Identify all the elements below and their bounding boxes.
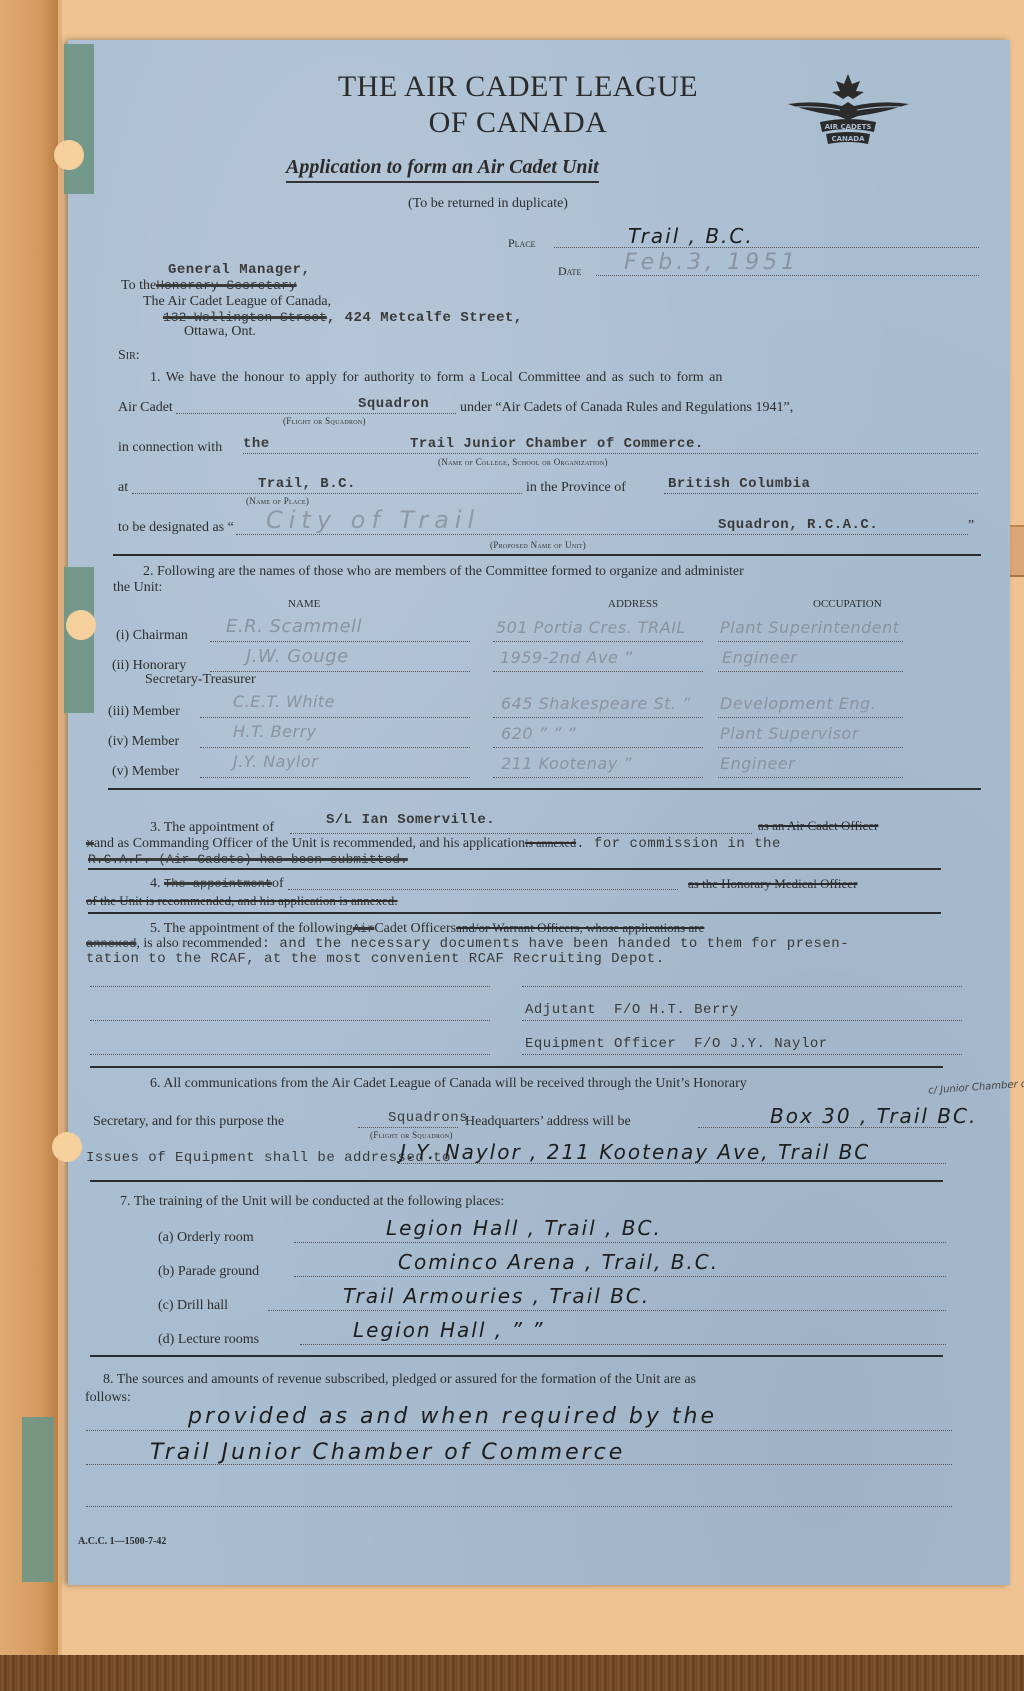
medical-officer-line	[288, 889, 678, 890]
province-label: in the Province of	[526, 480, 626, 496]
section-divider-2	[108, 788, 981, 790]
section8-intro-line1: 8. The sources and amounts of revenue su…	[103, 1372, 696, 1388]
application-form-page: THE AIR CADET LEAGUE OF CANADA Applicati…	[68, 40, 1010, 1585]
connection-label: in connection with	[118, 440, 222, 456]
addressee-typed-title: General Manager,	[168, 262, 310, 278]
section3-typed-continuation: . for commission in the	[576, 836, 781, 852]
section-divider-7	[90, 1355, 943, 1357]
member-name-line	[210, 641, 470, 642]
revenue-line-3	[86, 1506, 952, 1507]
training-place-value[interactable]: Cominco Arena , Trail, B.C.	[398, 1250, 719, 1274]
punch-hole-bottom	[52, 1132, 82, 1162]
section-divider-6	[90, 1180, 943, 1182]
section5-lead: 5. The appointment of the following	[150, 921, 353, 936]
section4-struck-line2: of the Unit is recommended, and his appl…	[86, 893, 398, 909]
tape-strip-top	[64, 44, 94, 194]
section-divider-3	[88, 868, 941, 870]
section4-of: of	[272, 876, 284, 891]
member-address-line	[493, 641, 703, 642]
member-address-line	[493, 671, 703, 672]
proposed-name-value[interactable]: City of Trail	[266, 506, 480, 534]
struck-the-appointment: The appointment	[164, 877, 272, 891]
section1-intro: 1. We have the honour to apply for autho…	[150, 370, 722, 386]
section3-struck-line3: R.C.A.F. (Air Cadets) has been submitted…	[88, 852, 408, 867]
section6-line1: 6. All communications from the Air Cadet…	[150, 1076, 747, 1092]
section6-annotation: c/ Junior Chamber of Commerce	[928, 1074, 1024, 1096]
place-line	[554, 247, 979, 248]
appointee-value[interactable]: S/L Ian Somerville.	[326, 812, 495, 828]
revenue-line-1	[86, 1430, 952, 1431]
member-name-line	[210, 671, 470, 672]
organization-value[interactable]: Trail Junior Chamber of Commerce.	[410, 436, 704, 452]
member-name-line	[200, 747, 470, 748]
title-line-1: THE AIR CADET LEAGUE	[268, 70, 768, 104]
officer-line-left-1	[90, 986, 490, 987]
revenue-answer-line1[interactable]: provided as and when required by the	[188, 1404, 717, 1429]
member-address-line	[493, 717, 703, 718]
section-divider-5	[90, 1066, 943, 1068]
section-divider-1	[113, 554, 981, 556]
struck-old-street: 132 Wellington Street	[163, 310, 327, 325]
member-role-line2: Secretary-Treasurer	[145, 672, 256, 688]
regulations-text: under “Air Cadets of Canada Rules and Re…	[460, 400, 793, 416]
at-label: at	[118, 480, 128, 496]
place-name-value[interactable]: Trail, B.C.	[258, 476, 356, 492]
member-address[interactable]: 1959-2nd Ave ”	[500, 648, 633, 667]
addressee-line: To theHonorary Secretary	[121, 278, 297, 294]
addressee-city: Ottawa, Ont.	[184, 324, 256, 340]
proposed-name-suffix: Squadron, R.C.A.C.	[718, 517, 878, 533]
wooden-table	[0, 1655, 1024, 1691]
member-address-line	[493, 777, 703, 778]
proposed-name-line	[236, 534, 968, 535]
training-place-value[interactable]: Legion Hall , ” ”	[353, 1318, 545, 1342]
officer-line-left-2	[90, 1020, 490, 1021]
punch-hole-middle	[66, 610, 96, 640]
section3-lead: 3. The appointment of	[150, 820, 274, 836]
appointee-line	[290, 833, 752, 834]
section7-intro: 7. The training of the Unit will be cond…	[120, 1194, 504, 1210]
officer-entry: Equipment Officer F/O J.Y. Naylor	[525, 1036, 828, 1052]
date-value[interactable]: Feb.3, 1951	[624, 250, 799, 275]
section5-typed-line2: tation to the RCAF, at the most convenie…	[86, 951, 665, 967]
officer-line-left-3	[90, 1054, 490, 1055]
form-subtitle: Application to form an Air Cadet Unit	[286, 156, 599, 183]
section6-unit-caption: (Flight or Squadron)	[370, 1130, 453, 1140]
training-place-line	[294, 1242, 946, 1243]
svg-text:AIR CADETS: AIR CADETS	[825, 123, 872, 131]
air-cadet-label: Air Cadet	[118, 400, 173, 416]
member-address[interactable]: 211 Kootenay ”	[501, 754, 632, 773]
proposed-name-caption: (Proposed Name of Unit)	[490, 540, 586, 550]
organization-line	[243, 453, 978, 454]
headquarters-address[interactable]: Box 30 , Trail BC.	[770, 1104, 977, 1128]
officer-entry: Adjutant F/O H.T. Berry	[525, 1002, 739, 1018]
training-place-value[interactable]: Trail Armouries , Trail BC.	[343, 1284, 650, 1308]
officer-title: Adjutant	[525, 1002, 596, 1018]
member-occupation-line	[718, 717, 903, 718]
place-name-caption: (Name of Place)	[246, 496, 309, 506]
unit-type-value[interactable]: Squadron	[358, 396, 429, 412]
section6-unit-type[interactable]: Squadrons	[388, 1110, 468, 1126]
section6-unit-line	[358, 1127, 458, 1128]
training-place-line	[294, 1276, 946, 1277]
officer-name[interactable]: F/O H.T. Berry	[614, 1002, 739, 1018]
date-label: Date	[558, 264, 581, 279]
member-occupation[interactable]: Engineer	[720, 754, 795, 773]
typed-new-street: , 424 Metcalfe Street,	[327, 310, 523, 326]
officer-line-right-3	[522, 1054, 962, 1055]
equipment-typed-text: Issues of Equipment shall be addressed t…	[86, 1150, 451, 1166]
member-name-line	[200, 777, 470, 778]
section-divider-4	[88, 912, 941, 914]
struck-is-annexed: is annexed	[525, 836, 576, 850]
place-value[interactable]: Trail , B.C.	[628, 224, 754, 248]
member-name[interactable]: C.E.T. White	[233, 692, 335, 711]
section3-line2: and as Commanding Officer of the Unit is…	[94, 836, 525, 851]
column-header-address: ADDRESS	[608, 598, 658, 610]
folder-edge	[0, 0, 58, 1660]
section5-typed-line1: : and the necessary documents have been …	[262, 936, 850, 952]
training-place-label: (c) Drill hall	[158, 1298, 228, 1314]
training-place-value[interactable]: Legion Hall , Trail , BC.	[386, 1216, 662, 1240]
member-occupation[interactable]: Engineer	[722, 648, 797, 667]
duplicate-note: (To be returned in duplicate)	[408, 196, 568, 212]
column-header-occupation: OCCUPATION	[813, 598, 882, 610]
member-occupation-line	[718, 641, 903, 642]
date-line	[596, 275, 979, 276]
training-place-label: (a) Orderly room	[158, 1230, 254, 1246]
member-occupation[interactable]: Plant Supervisor	[720, 724, 859, 743]
place-label: Place	[508, 236, 536, 251]
place-name-line	[132, 493, 522, 494]
connection-prefix: the	[243, 436, 270, 452]
section4-line1: 4. The appointmentof	[150, 876, 284, 892]
svg-text:CANADA: CANADA	[831, 135, 865, 143]
struck-x-mark: x	[86, 836, 94, 851]
tape-strip-bottom	[22, 1417, 54, 1582]
struck-annexed: annexed	[86, 937, 136, 951]
section6-secretary-text: Secretary, and for this purpose the	[93, 1114, 284, 1130]
member-role: (iii) Member	[108, 704, 180, 720]
struck-warrant-officers: and/or Warrant Officers, whose applicati…	[456, 920, 704, 935]
headquarters-text: Headquarters’ address will be	[465, 1114, 631, 1130]
member-address-line	[493, 747, 703, 748]
form-code: A.C.C. 1—1500-7-42	[78, 1536, 166, 1547]
air-cadets-wings-crest-icon: AIR CADETS CANADA	[786, 72, 911, 150]
member-occupation-line	[718, 777, 903, 778]
column-header-name: NAME	[288, 598, 320, 610]
cadet-officers: Cadet Officers	[374, 921, 456, 936]
province-line	[664, 493, 978, 494]
member-role: (iv) Member	[108, 734, 179, 750]
member-name[interactable]: J.W. Gouge	[246, 646, 349, 667]
section2-intro-line2: the Unit:	[113, 580, 162, 596]
member-address[interactable]: 645 Shakespeare St. ”	[501, 694, 691, 713]
to-the-label: To the	[121, 278, 156, 293]
tape-strip-middle	[64, 567, 94, 713]
designated-label: to be designated as “	[118, 520, 234, 536]
member-address[interactable]: 620 ” ” ”	[501, 724, 576, 743]
training-place-label: (d) Lecture rooms	[158, 1332, 259, 1348]
struck-air: Air	[353, 922, 375, 936]
member-occupation[interactable]: Development Eng.	[720, 694, 876, 713]
punch-hole-top	[54, 140, 84, 170]
member-name[interactable]: J.Y. Naylor	[233, 752, 318, 771]
section4-number: 4.	[150, 876, 161, 891]
section5-line1: 5. The appointment of the followingAirCa…	[150, 920, 704, 937]
revenue-answer-line2[interactable]: Trail Junior Chamber of Commerce	[150, 1440, 625, 1465]
officer-title: Equipment Officer	[525, 1036, 676, 1052]
close-quote: ”	[968, 518, 974, 534]
officer-line-right-1	[522, 986, 962, 987]
member-occupation-line	[718, 747, 903, 748]
province-value[interactable]: British Columbia	[668, 476, 810, 492]
struck-as-air-cadet-officer: as an Air Cadet Officer	[758, 818, 878, 834]
struck-honorary-medical-officer: as the Honorary Medical Officer	[688, 876, 857, 892]
member-name[interactable]: E.R. Scammell	[226, 616, 362, 637]
section8-intro-line2: follows:	[85, 1390, 131, 1406]
equipment-address[interactable]: J.Y. Naylor , 211 Kootenay Ave, Trail BC	[400, 1140, 870, 1164]
also-recommended: , is also recommended	[136, 936, 261, 951]
member-occupation[interactable]: Plant Superintendent	[720, 618, 900, 637]
officer-line-right-2	[522, 1020, 962, 1021]
member-address[interactable]: 501 Portia Cres. TRAIL	[496, 618, 686, 637]
training-place-label: (b) Parade ground	[158, 1264, 259, 1280]
member-name[interactable]: H.T. Berry	[233, 722, 317, 741]
title-line-2: OF CANADA	[268, 106, 768, 140]
member-role: (v) Member	[112, 764, 179, 780]
unit-type-line	[176, 413, 456, 414]
section2-intro-line1: 2. Following are the names of those who …	[143, 564, 744, 580]
member-role: (i) Chairman	[116, 628, 188, 644]
organization-caption: (Name of College, School or Organization…	[438, 457, 608, 467]
training-place-line	[268, 1310, 946, 1311]
training-place-line	[300, 1344, 946, 1345]
unit-type-caption: (Flight or Squadron)	[283, 416, 366, 426]
member-name-line	[200, 717, 470, 718]
section5-line2: annexed, is also recommended: and the ne…	[86, 936, 849, 952]
officer-name[interactable]: F/O J.Y. Naylor	[694, 1036, 828, 1052]
salutation: Sir:	[118, 348, 140, 364]
member-occupation-line	[718, 671, 903, 672]
struck-honorary-secretary: Honorary Secretary	[156, 278, 296, 293]
